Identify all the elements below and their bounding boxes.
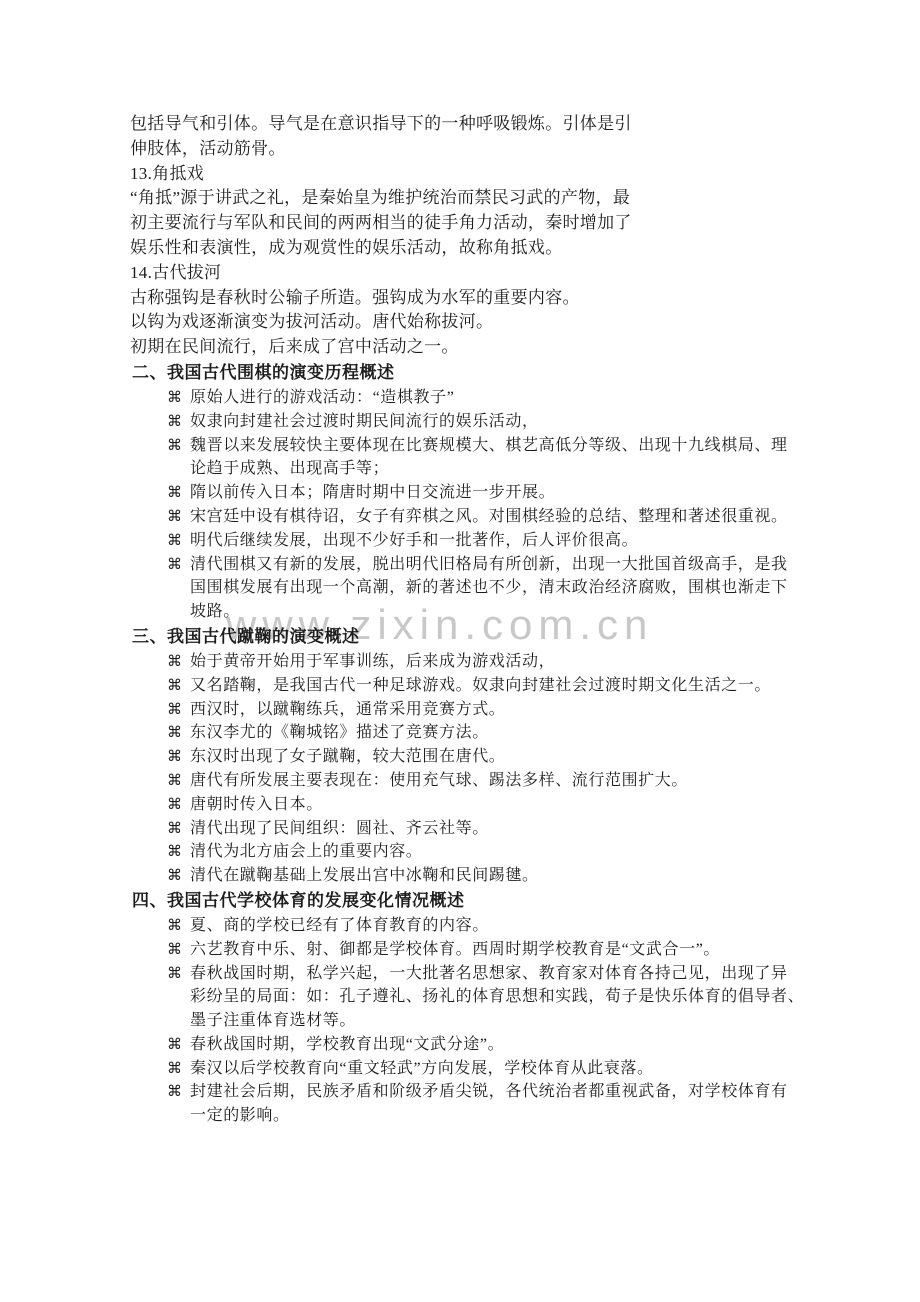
command-bullet-icon: ⌘ [167,698,182,722]
section-heading: 二、我国古代围棋的演变历程概述 [132,360,920,386]
list-item-text: 春秋战国时期，学校教育出现“文武分途”。 [190,1033,920,1057]
list-item: ⌘清代为北方庙会上的重要内容。 [190,840,920,864]
intro-line: 初主要流行与军队和民间的两两相当的徒手角力活动，秦时增加了 [130,211,920,236]
list-item: ⌘封建社会后期，民族矛盾和阶级矛盾尖锐，各代统治者都重视武备，对学校体育有一定的… [190,1080,920,1128]
list-item: ⌘唐朝时传入日本。 [190,793,920,817]
list-item-line: 东汉时出现了女子蹴鞠，较大范围在唐代。 [190,745,920,769]
list-item-text: 隋以前传入日本；隋唐时期中日交流进一步开展。 [190,481,920,505]
command-bullet-icon: ⌘ [167,962,182,986]
list-item-line: 明代后继续发展，出现不少好手和一批著作，后人评价很高。 [190,529,920,553]
list-item-text: 始于黄帝开始用于军事训练，后来成为游戏活动， [190,650,920,674]
list-item-line: 一定的影响。 [190,1104,920,1128]
list-item-line: 又名踏鞠，是我国古代一种足球游戏。奴隶向封建社会过渡时期文化生活之一。 [190,674,920,698]
command-bullet-icon: ⌘ [167,505,182,529]
list-item-line: 国围棋发展有出现一个高潮，新的著述也不少，清末政治经济腐败，围棋也渐走下 [190,576,920,600]
list-item-line: 秦汉以后学校教育向“重文轻武”方向发展，学校体育从此衰落。 [190,1057,920,1081]
list-item: ⌘清代在蹴鞠基础上发展出宫中冰鞠和民间踢毽。 [190,864,920,888]
list-item-line: 西汉时，以蹴鞠练兵，通常采用竞赛方式。 [190,698,920,722]
list-item-line: 坡路。 [190,600,920,624]
list-item-text: 封建社会后期，民族矛盾和阶级矛盾尖锐，各代统治者都重视武备，对学校体育有一定的影… [190,1080,920,1128]
list-item-line: 魏晋以来发展较快主要体现在比赛规模大、棋艺高低分等级、出现十九线棋局、理 [190,434,920,458]
sections-container: 二、我国古代围棋的演变历程概述⌘原始人进行的游戏活动：“造棋教子”⌘奴隶向封建社… [0,360,920,1128]
list-item-line: 唐朝时传入日本。 [190,793,920,817]
intro-line: 伸肢体，活动筋骨。 [130,137,920,162]
command-bullet-icon: ⌘ [167,817,182,841]
section-heading: 三、我国古代蹴鞠的演变概述 [132,624,920,650]
list-item: ⌘唐代有所发展主要表现在：使用充气球、踢法多样、流行范围扩大。 [190,769,920,793]
list-item-line: 彩纷呈的局面：如：孔子遵礼、扬礼的体育思想和实践，荀子是快乐体育的倡导者、 [190,985,920,1009]
list-item-line: 原始人进行的游戏活动：“造棋教子” [190,386,920,410]
list-item-line: 隋以前传入日本；隋唐时期中日交流进一步开展。 [190,481,920,505]
list-item-line: 夏、商的学校已经有了体育教育的内容。 [190,914,920,938]
document-page: www.zixin.com.cn 包括导气和引体。导气是在意识指导下的一种呼吸锻… [0,0,920,1302]
list-item-line: 东汉李尤的《鞠城铭》描述了竞赛方法。 [190,721,920,745]
list-item-line: 清代出现了民间组织：圆社、齐云社等。 [190,817,920,841]
list-item-text: 唐朝时传入日本。 [190,793,920,817]
list-item-line: 唐代有所发展主要表现在：使用充气球、踢法多样、流行范围扩大。 [190,769,920,793]
list-item: ⌘秦汉以后学校教育向“重文轻武”方向发展，学校体育从此衰落。 [190,1057,920,1081]
list-item-line: 墨子注重体育选材等。 [190,1009,920,1033]
list-item: ⌘夏、商的学校已经有了体育教育的内容。 [190,914,920,938]
command-bullet-icon: ⌘ [167,481,182,505]
list-item-text: 西汉时，以蹴鞠练兵，通常采用竞赛方式。 [190,698,920,722]
list-item-text: 东汉时出现了女子蹴鞠，较大范围在唐代。 [190,745,920,769]
intro-line: 14.古代拔河 [130,261,920,286]
list-item-text: 东汉李尤的《鞠城铭》描述了竞赛方法。 [190,721,920,745]
list-item: ⌘六艺教育中乐、射、御都是学校体育。西周时期学校教育是“文武合一”。 [190,938,920,962]
list-item-text: 唐代有所发展主要表现在：使用充气球、踢法多样、流行范围扩大。 [190,769,920,793]
list-item-line: 清代为北方庙会上的重要内容。 [190,840,920,864]
list-item: ⌘始于黄帝开始用于军事训练，后来成为游戏活动， [190,650,920,674]
list-item-text: 清代出现了民间组织：圆社、齐云社等。 [190,817,920,841]
list-item: ⌘原始人进行的游戏活动：“造棋教子” [190,386,920,410]
list-item-line: 春秋战国时期，私学兴起，一大批著名思想家、教育家对体育各持己见，出现了异 [190,962,920,986]
list-item-text: 秦汉以后学校教育向“重文轻武”方向发展，学校体育从此衰落。 [190,1057,920,1081]
list-item-text: 又名踏鞠，是我国古代一种足球游戏。奴隶向封建社会过渡时期文化生活之一。 [190,674,920,698]
command-bullet-icon: ⌘ [167,721,182,745]
list-item: ⌘奴隶向封建社会过渡时期民间流行的娱乐活动， [190,410,920,434]
list-item: ⌘清代出现了民间组织：圆社、齐云社等。 [190,817,920,841]
list-item: ⌘西汉时，以蹴鞠练兵，通常采用竞赛方式。 [190,698,920,722]
list-item: ⌘魏晋以来发展较快主要体现在比赛规模大、棋艺高低分等级、出现十九线棋局、理论趋于… [190,434,920,482]
list-item-text: 夏、商的学校已经有了体育教育的内容。 [190,914,920,938]
list-item-line: 六艺教育中乐、射、御都是学校体育。西周时期学校教育是“文武合一”。 [190,938,920,962]
list-item: ⌘明代后继续发展，出现不少好手和一批著作，后人评价很高。 [190,529,920,553]
command-bullet-icon: ⌘ [167,1033,182,1057]
list-item: ⌘东汉李尤的《鞠城铭》描述了竞赛方法。 [190,721,920,745]
command-bullet-icon: ⌘ [167,553,182,577]
intro-line: 包括导气和引体。导气是在意识指导下的一种呼吸锻炼。引体是引 [130,112,920,137]
list-item-line: 始于黄帝开始用于军事训练，后来成为游戏活动， [190,650,920,674]
list-item: ⌘清代围棋又有新的发展，脱出明代旧格局有所创新，出现一大批国首级高手，是我国围棋… [190,553,920,624]
intro-line: “角抵”源于讲武之礼，是秦始皇为维护统治而禁民习武的产物，最 [130,186,920,211]
command-bullet-icon: ⌘ [167,745,182,769]
intro-paragraphs: 包括导气和引体。导气是在意识指导下的一种呼吸锻炼。引体是引伸肢体，活动筋骨。13… [0,112,920,360]
list-item-text: 六艺教育中乐、射、御都是学校体育。西周时期学校教育是“文武合一”。 [190,938,920,962]
intro-line: 以钩为戏逐渐演变为拔河活动。唐代始称拔河。 [130,310,920,335]
intro-line: 13.角抵戏 [130,162,920,187]
command-bullet-icon: ⌘ [167,386,182,410]
document-content: 包括导气和引体。导气是在意识指导下的一种呼吸锻炼。引体是引伸肢体，活动筋骨。13… [0,112,920,1128]
command-bullet-icon: ⌘ [167,674,182,698]
command-bullet-icon: ⌘ [167,1080,182,1104]
list-item-text: 明代后继续发展，出现不少好手和一批著作，后人评价很高。 [190,529,920,553]
list-item-line: 清代在蹴鞠基础上发展出宫中冰鞠和民间踢毽。 [190,864,920,888]
list-item-text: 清代在蹴鞠基础上发展出宫中冰鞠和民间踢毽。 [190,864,920,888]
list-item-line: 清代围棋又有新的发展，脱出明代旧格局有所创新，出现一大批国首级高手，是我 [190,553,920,577]
list-item: ⌘隋以前传入日本；隋唐时期中日交流进一步开展。 [190,481,920,505]
command-bullet-icon: ⌘ [167,410,182,434]
list-item-text: 宋宫廷中设有棋待诏，女子有弈棋之风。对围棋经验的总结、整理和著述很重视。 [190,505,920,529]
command-bullet-icon: ⌘ [167,840,182,864]
section-heading: 四、我国古代学校体育的发展变化情况概述 [132,888,920,914]
command-bullet-icon: ⌘ [167,769,182,793]
intro-line: 娱乐性和表演性，成为观赏性的娱乐活动，故称角抵戏。 [130,236,920,261]
list-item: ⌘东汉时出现了女子蹴鞠，较大范围在唐代。 [190,745,920,769]
list-item-line: 奴隶向封建社会过渡时期民间流行的娱乐活动， [190,410,920,434]
command-bullet-icon: ⌘ [167,914,182,938]
list-item-text: 清代为北方庙会上的重要内容。 [190,840,920,864]
list-item-text: 清代围棋又有新的发展，脱出明代旧格局有所创新，出现一大批国首级高手，是我国围棋发… [190,553,920,624]
list-item: ⌘春秋战国时期，学校教育出现“文武分途”。 [190,1033,920,1057]
intro-line: 古称强钩是春秋时公输子所造。强钩成为水军的重要内容。 [130,286,920,311]
list-item: ⌘又名踏鞠，是我国古代一种足球游戏。奴隶向封建社会过渡时期文化生活之一。 [190,674,920,698]
command-bullet-icon: ⌘ [167,529,182,553]
intro-line: 初期在民间流行，后来成了宫中活动之一。 [130,335,920,360]
list-item-line: 论趋于成熟、出现高手等； [190,457,920,481]
list-item: ⌘春秋战国时期，私学兴起，一大批著名思想家、教育家对体育各持己见，出现了异彩纷呈… [190,962,920,1033]
list-item-text: 奴隶向封建社会过渡时期民间流行的娱乐活动， [190,410,920,434]
command-bullet-icon: ⌘ [167,1057,182,1081]
command-bullet-icon: ⌘ [167,650,182,674]
command-bullet-icon: ⌘ [167,434,182,458]
list-item-text: 魏晋以来发展较快主要体现在比赛规模大、棋艺高低分等级、出现十九线棋局、理论趋于成… [190,434,920,482]
list-item-line: 春秋战国时期，学校教育出现“文武分途”。 [190,1033,920,1057]
list-item: ⌘宋宫廷中设有棋待诏，女子有弈棋之风。对围棋经验的总结、整理和著述很重视。 [190,505,920,529]
list-item-line: 封建社会后期，民族矛盾和阶级矛盾尖锐，各代统治者都重视武备，对学校体育有 [190,1080,920,1104]
command-bullet-icon: ⌘ [167,864,182,888]
list-item-text: 春秋战国时期，私学兴起，一大批著名思想家、教育家对体育各持己见，出现了异彩纷呈的… [190,962,920,1033]
command-bullet-icon: ⌘ [167,938,182,962]
command-bullet-icon: ⌘ [167,793,182,817]
list-item-line: 宋宫廷中设有棋待诏，女子有弈棋之风。对围棋经验的总结、整理和著述很重视。 [190,505,920,529]
list-item-text: 原始人进行的游戏活动：“造棋教子” [190,386,920,410]
